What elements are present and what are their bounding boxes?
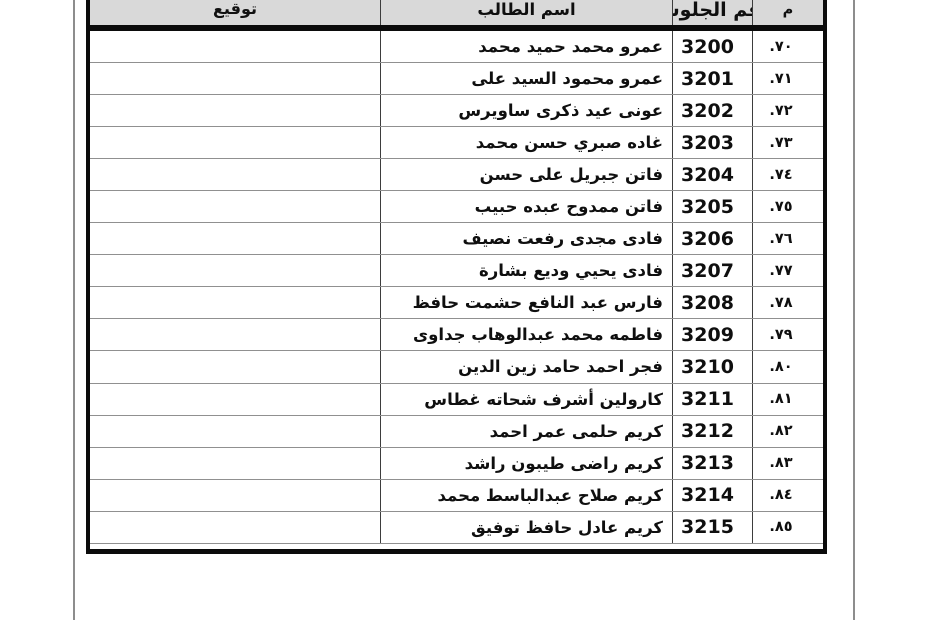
index-cell: .٨٠ (753, 351, 823, 382)
student-name-cell: فاتن ممدوح عبده حبيب (381, 191, 673, 222)
table-row: عمرو محمود السيد على 3201 .٧١ (90, 63, 823, 95)
table-row: فادى يحيي وديع بشارة 3207 .٧٧ (90, 255, 823, 287)
header-signature: توقيع (90, 0, 381, 25)
seat-number-cell: 3215 (673, 512, 753, 543)
index-cell: .٧٧ (753, 255, 823, 286)
student-name-cell: كريم راضى طيبون راشد (381, 448, 673, 479)
signature-cell (90, 255, 381, 286)
student-name-cell: كريم عادل حافظ توفيق (381, 512, 673, 543)
table-row: كريم حلمى عمر احمد 3212 .٨٢ (90, 416, 823, 448)
index-cell: .٧٠ (753, 31, 823, 62)
index-cell: .٨٣ (753, 448, 823, 479)
table-row: فارس عبد النافع حشمت حافظ 3208 .٧٨ (90, 287, 823, 319)
index-cell: .٨٢ (753, 416, 823, 447)
seat-number-cell: 3209 (673, 319, 753, 350)
seat-number-cell: 3203 (673, 127, 753, 158)
student-name-cell: فاتن جبريل على حسن (381, 159, 673, 190)
header-student-name: اسم الطالب (381, 0, 673, 25)
table-row: كريم عادل حافظ توفيق 3215 .٨٥ (90, 512, 823, 544)
index-cell: .٨٤ (753, 480, 823, 511)
seat-number-cell: 3212 (673, 416, 753, 447)
header-student-name-label: اسم الطالب (477, 0, 575, 25)
signature-cell (90, 191, 381, 222)
signature-cell (90, 319, 381, 350)
header-signature-label: توقيع (213, 0, 257, 25)
table-row: عمرو محمد حميد محمد 3200 .٧٠ (90, 31, 823, 63)
table-row: فاتن ممدوح عبده حبيب 3205 .٧٥ (90, 191, 823, 223)
index-cell: .٧٣ (753, 127, 823, 158)
table-body: عمرو محمد حميد محمد 3200 .٧٠ عمرو محمود … (90, 31, 823, 549)
seat-number-cell: 3205 (673, 191, 753, 222)
table-row: فاطمه محمد عبدالوهاب جداوى 3209 .٧٩ (90, 319, 823, 351)
seat-number-cell: 3208 (673, 287, 753, 318)
student-name-cell: عونى عيد ذكرى ساويرس (381, 95, 673, 126)
table-row: عونى عيد ذكرى ساويرس 3202 .٧٢ (90, 95, 823, 127)
index-cell: .٧٩ (753, 319, 823, 350)
seat-number-cell: 3210 (673, 351, 753, 382)
student-name-cell: فجر احمد حامد زين الدين (381, 351, 673, 382)
seat-number-cell: 3206 (673, 223, 753, 254)
signature-cell (90, 287, 381, 318)
signature-cell (90, 159, 381, 190)
signature-cell (90, 31, 381, 62)
seat-number-cell: 3207 (673, 255, 753, 286)
seat-number-cell: 3200 (673, 31, 753, 62)
signature-cell (90, 63, 381, 94)
table-row: كارولين أشرف شحاته غطاس 3211 .٨١ (90, 384, 823, 416)
student-name-cell: فاطمه محمد عبدالوهاب جداوى (381, 319, 673, 350)
signature-cell (90, 127, 381, 158)
student-name-cell: غاده صبري حسن محمد (381, 127, 673, 158)
student-name-cell: كارولين أشرف شحاته غطاس (381, 384, 673, 415)
seat-number-cell: 3202 (673, 95, 753, 126)
signature-cell (90, 448, 381, 479)
header-seat-number-label: رقم الجلوس (673, 0, 753, 25)
attendance-table: توقيع اسم الطالب رقم الجلوس م عمرو محمد … (86, 0, 827, 554)
page-border-left (73, 0, 75, 620)
seat-number-cell: 3211 (673, 384, 753, 415)
header-seat-number: رقم الجلوس (673, 0, 753, 25)
signature-cell (90, 223, 381, 254)
signature-cell (90, 384, 381, 415)
signature-cell (90, 351, 381, 382)
document-page: توقيع اسم الطالب رقم الجلوس م عمرو محمد … (0, 0, 930, 620)
index-cell: .٧٥ (753, 191, 823, 222)
index-cell: .٧٤ (753, 159, 823, 190)
page-border-right (853, 0, 855, 620)
student-name-cell: عمرو محمود السيد على (381, 63, 673, 94)
table-row: فادى مجدى رفعت نصيف 3206 .٧٦ (90, 223, 823, 255)
table-row: كريم صلاح عبدالباسط محمد 3214 .٨٤ (90, 480, 823, 512)
index-cell: .٨١ (753, 384, 823, 415)
table-row: فجر احمد حامد زين الدين 3210 .٨٠ (90, 351, 823, 383)
student-name-cell: عمرو محمد حميد محمد (381, 31, 673, 62)
index-cell: .٧٨ (753, 287, 823, 318)
index-cell: .٧١ (753, 63, 823, 94)
student-name-cell: كريم حلمى عمر احمد (381, 416, 673, 447)
signature-cell (90, 480, 381, 511)
index-cell: .٧٢ (753, 95, 823, 126)
header-index-label: م (783, 0, 794, 25)
student-name-cell: فادى يحيي وديع بشارة (381, 255, 673, 286)
table-row: كريم راضى طيبون راشد 3213 .٨٣ (90, 448, 823, 480)
table-row: غاده صبري حسن محمد 3203 .٧٣ (90, 127, 823, 159)
student-name-cell: فارس عبد النافع حشمت حافظ (381, 287, 673, 318)
index-cell: .٨٥ (753, 512, 823, 543)
signature-cell (90, 95, 381, 126)
signature-cell (90, 512, 381, 543)
seat-number-cell: 3214 (673, 480, 753, 511)
seat-number-cell: 3213 (673, 448, 753, 479)
signature-cell (90, 416, 381, 447)
seat-number-cell: 3204 (673, 159, 753, 190)
student-name-cell: كريم صلاح عبدالباسط محمد (381, 480, 673, 511)
index-cell: .٧٦ (753, 223, 823, 254)
header-index: م (753, 0, 823, 25)
table-header-row: توقيع اسم الطالب رقم الجلوس م (90, 0, 823, 31)
table-row: فاتن جبريل على حسن 3204 .٧٤ (90, 159, 823, 191)
student-name-cell: فادى مجدى رفعت نصيف (381, 223, 673, 254)
seat-number-cell: 3201 (673, 63, 753, 94)
